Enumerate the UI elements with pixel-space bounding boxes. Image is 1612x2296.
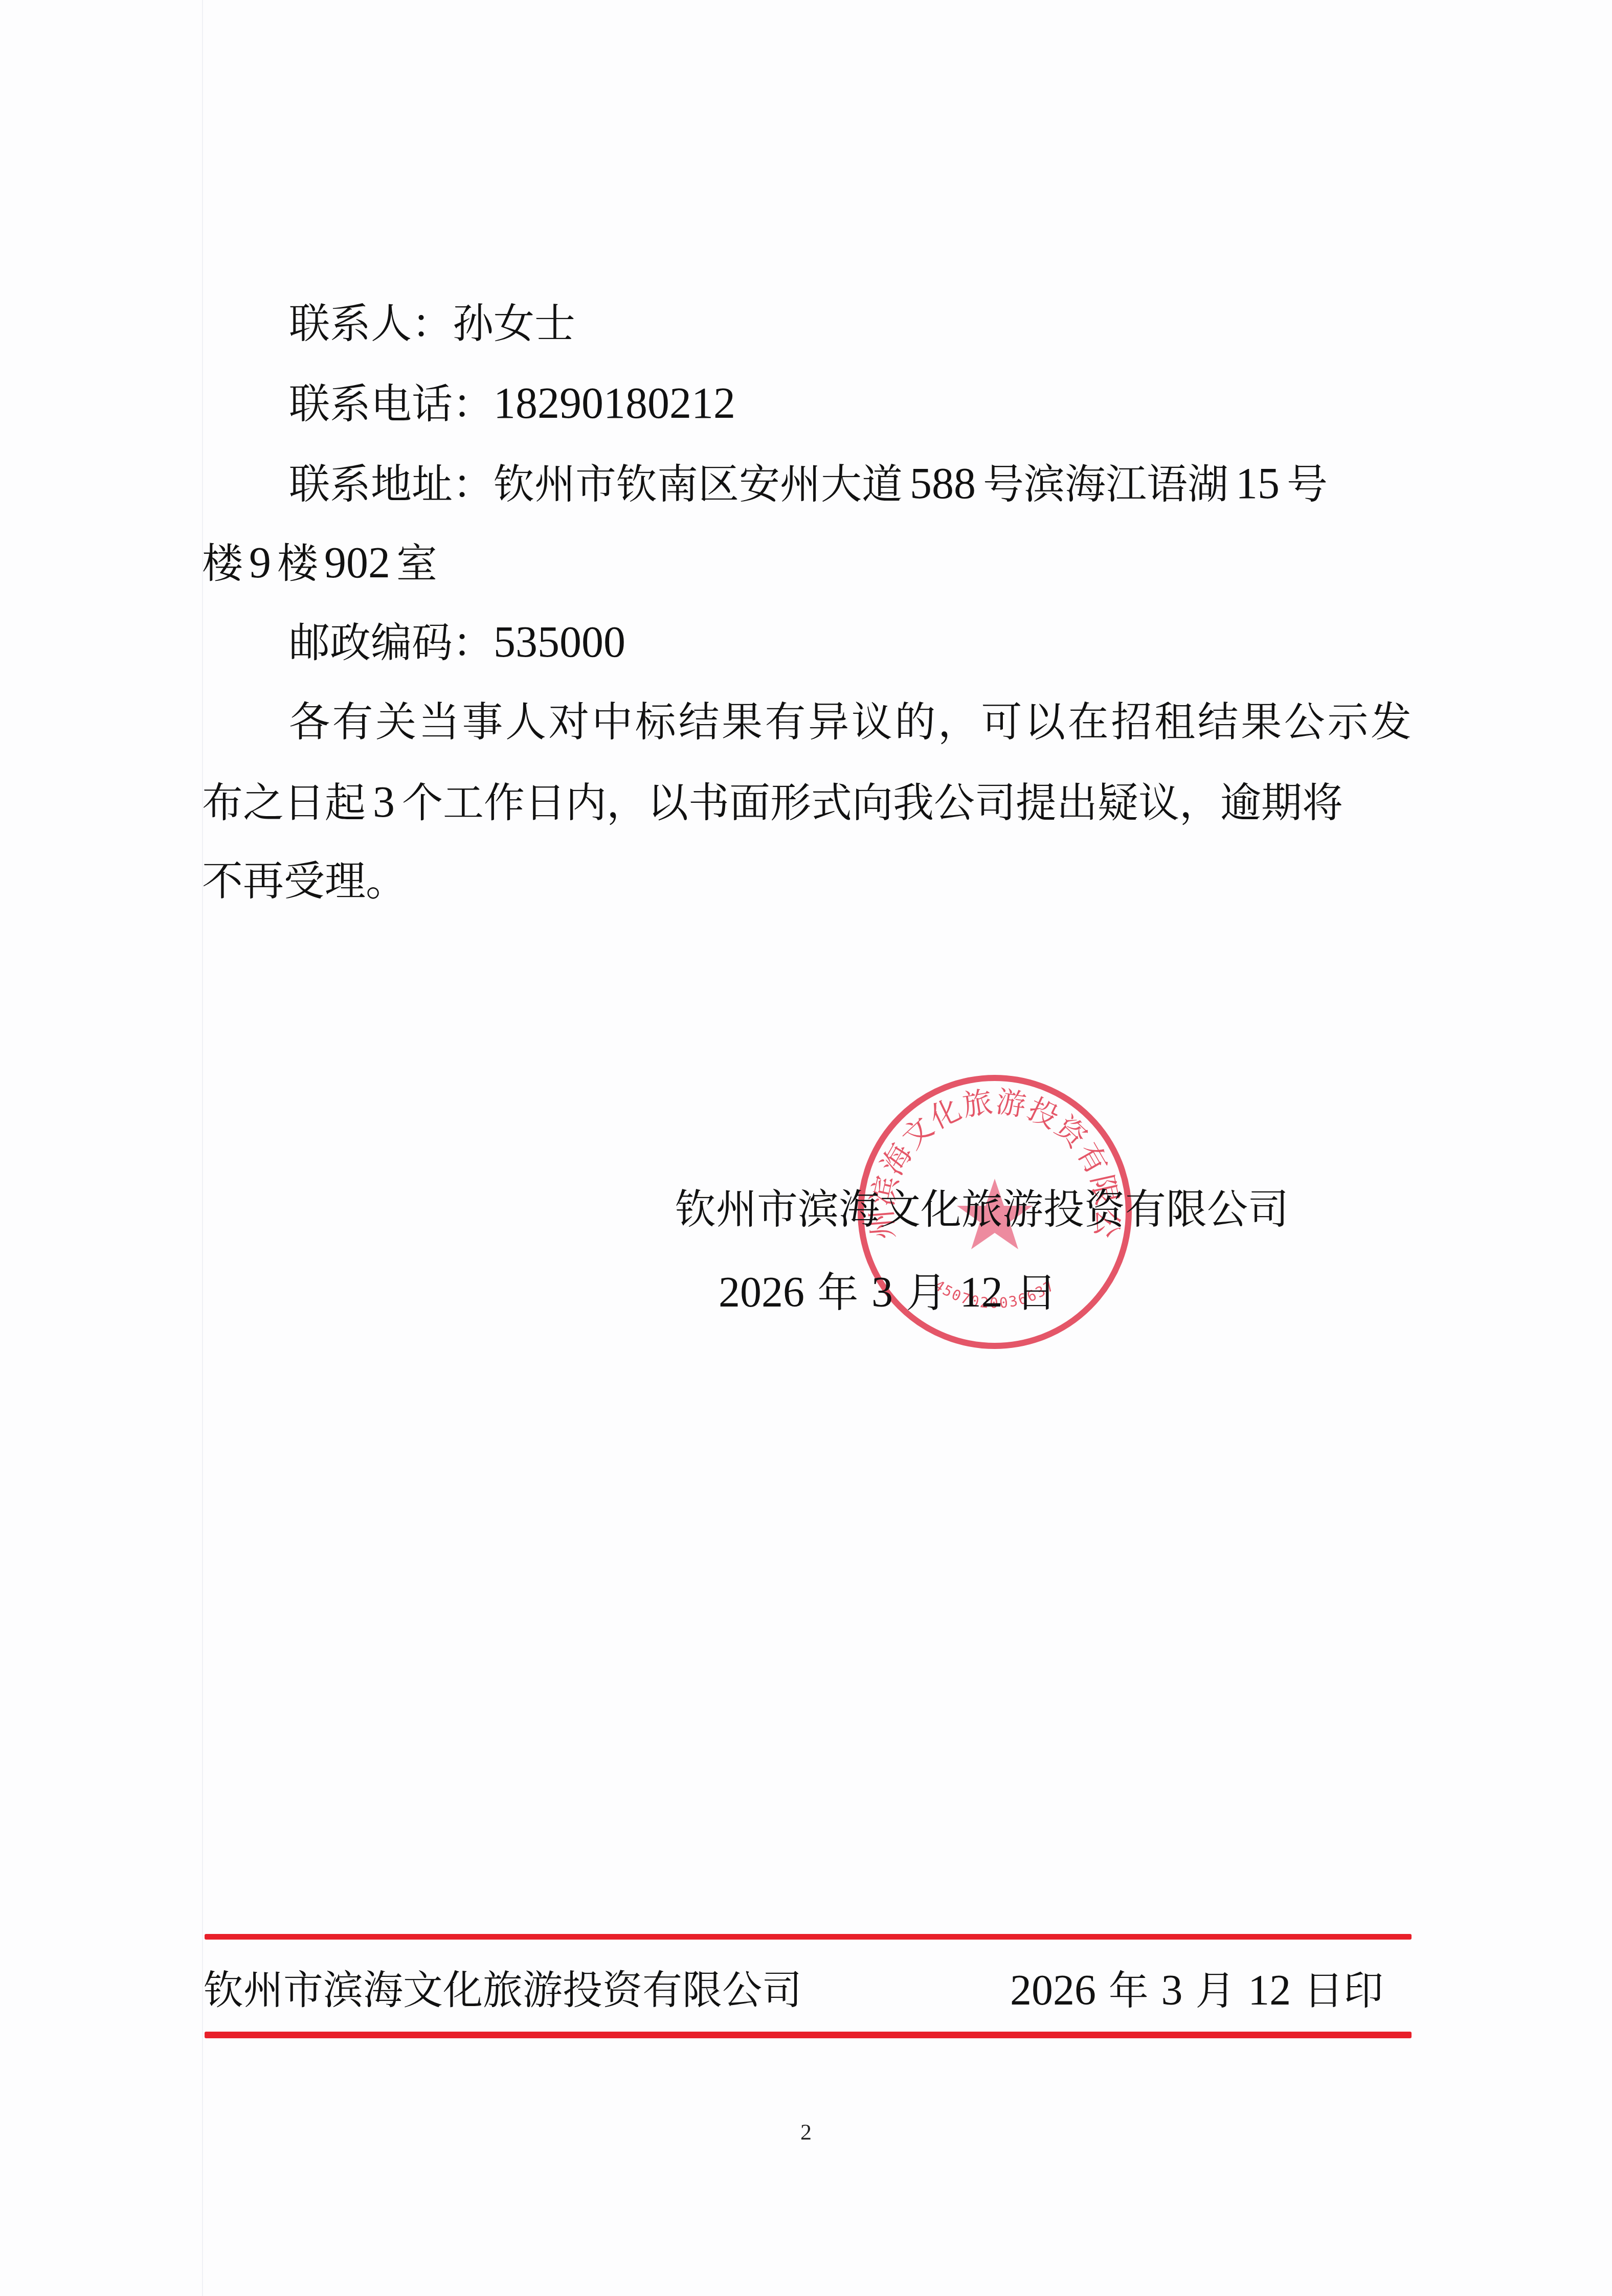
notice-paragraph-line-1: 各有关当事人对中标结果有异议的，可以在招租结果公示发 — [289, 696, 1412, 748]
contact-address-part: 号滨海江语湖 — [983, 460, 1228, 508]
contact-address-number: 9 — [249, 538, 271, 587]
footer-date-day-unit: 日印 — [1304, 1968, 1383, 2014]
contact-address-part: 钦州市钦南区安州大道 — [494, 460, 903, 508]
notice-paragraph-line-3: 不再受理。 — [202, 856, 407, 907]
contact-address-part: 号 — [1287, 460, 1328, 508]
notice-text: 不再受理。 — [202, 857, 407, 905]
contact-phone-value: 18290180212 — [494, 378, 735, 427]
contact-person-label: 联系人： — [289, 300, 453, 347]
date-month: 3 — [871, 1269, 893, 1316]
contact-address-label: 联系地址： — [289, 460, 494, 508]
notice-paragraph-line-2: 布之日起3个工作日内，以书面形式向我公司提出疑议，逾期将 — [202, 776, 1412, 828]
footer-date-day: 12 — [1248, 1967, 1291, 2014]
date-month-unit: 月 — [906, 1269, 947, 1316]
contact-phone-label: 联系电话： — [289, 380, 494, 427]
contact-person-line: 联系人：孙女士 — [289, 298, 575, 349]
footer-date-year: 2026 — [1010, 1967, 1096, 2014]
contact-address-part: 室 — [396, 539, 437, 587]
date-year: 2026 — [719, 1269, 804, 1316]
postcode-value: 535000 — [494, 617, 625, 666]
footer-date-year-unit: 年 — [1109, 1968, 1149, 2014]
page-number: 2 — [0, 2117, 1612, 2148]
notice-text: 个工作日内，以书面形式向我公司提出疑议，逾期将 — [402, 779, 1343, 826]
footer-company-name: 钦州市滨海文化旅游投资有限公司 — [204, 1965, 802, 2016]
contact-address-part: 楼 — [277, 539, 318, 587]
contact-person-value: 孙女士 — [453, 300, 575, 347]
contact-address-continuation: 楼9楼902室 — [202, 537, 437, 589]
document-page: 联系人：孙女士 联系电话：18290180212 联系地址：钦州市钦南区安州大道… — [0, 0, 1612, 2296]
scan-edge-artifact — [202, 0, 203, 2296]
date-year-unit: 年 — [817, 1269, 858, 1316]
contact-address-number: 15 — [1236, 459, 1280, 508]
footer-bottom-rule — [205, 2032, 1412, 2038]
notice-text: 各有关当事人对中标结果有异议的，可以在招租结果公示发 — [289, 698, 1412, 746]
footer-date-month: 3 — [1161, 1967, 1183, 2014]
footer-top-rule — [205, 1934, 1412, 1940]
postcode-line: 邮政编码：535000 — [289, 616, 625, 668]
contact-address-number: 588 — [910, 459, 976, 508]
signature-company-name: 钦州市滨海文化旅游投资有限公司 — [675, 1184, 1289, 1235]
contact-address-number: 902 — [324, 538, 390, 587]
contact-address-part: 楼 — [202, 539, 243, 587]
footer-date-month-unit: 月 — [1195, 1968, 1235, 2014]
contact-phone-line: 联系电话：18290180212 — [289, 377, 735, 430]
notice-days-number: 3 — [373, 777, 395, 826]
footer-print-date: 2026 年 3 月 12 日印 — [1010, 1965, 1383, 2017]
signature-date: 2026 年 3 月 12 日 — [719, 1267, 1057, 1318]
notice-text: 布之日起 — [202, 779, 366, 826]
date-day-unit: 日 — [1016, 1269, 1057, 1316]
postcode-label: 邮政编码： — [289, 619, 494, 666]
date-day: 12 — [960, 1269, 1003, 1316]
contact-address-line: 联系地址：钦州市钦南区安州大道588号滨海江语湖15号 — [289, 458, 1328, 510]
